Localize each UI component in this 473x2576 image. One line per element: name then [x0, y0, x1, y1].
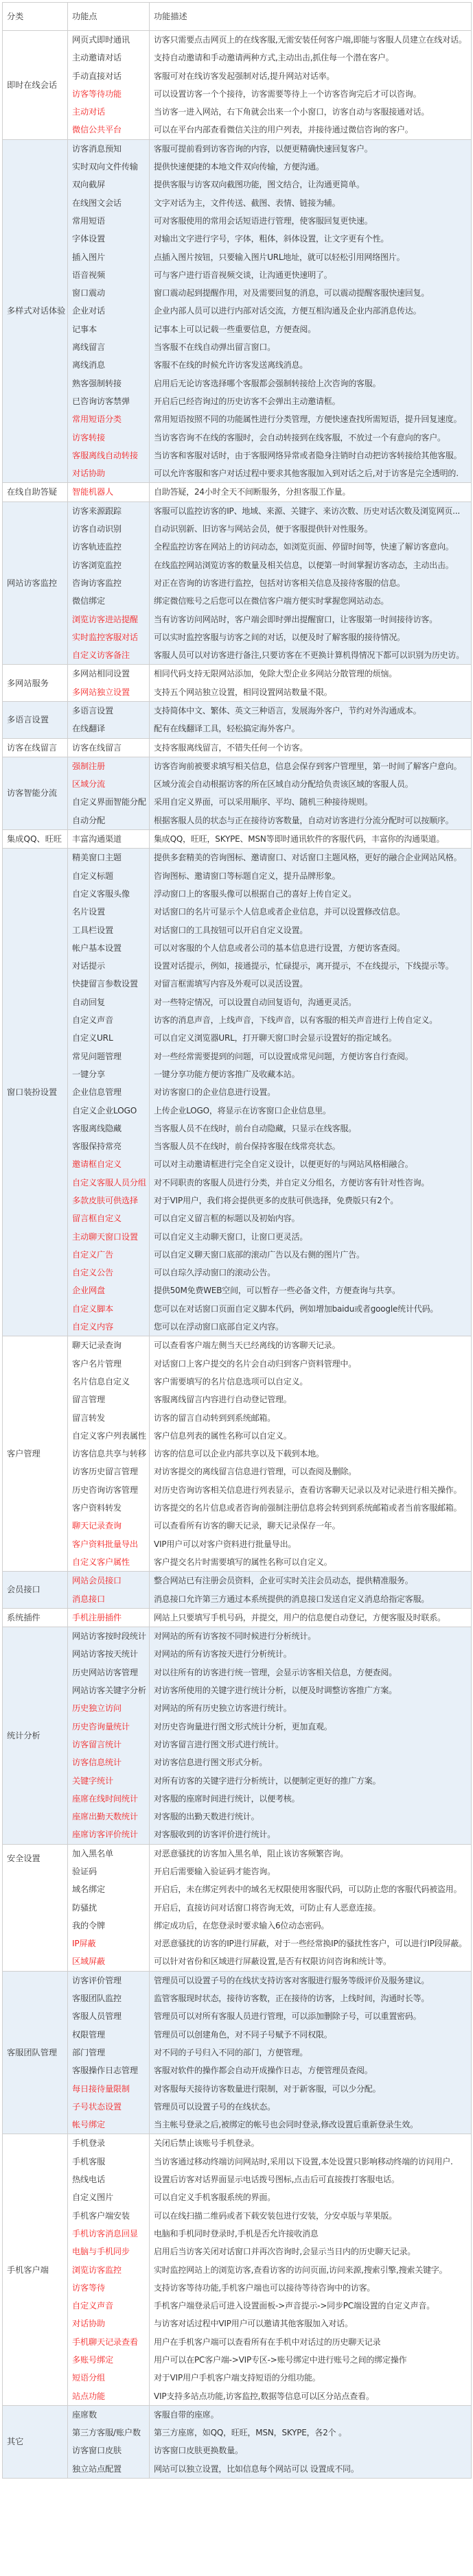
- table-row: 在线自助答疑智能机器人自助答疑，24小时全天不间断服务，分担客服工作量。: [3, 483, 472, 501]
- feature-name: 手机客服: [72, 2153, 149, 2171]
- feature-name: 区域屏蔽: [72, 1952, 149, 1970]
- category-cell: 访客在线留言: [3, 738, 68, 757]
- feature-description: 集成QQ，旺旺，SKYPE、MSN等即时通讯软件的客服代码，丰富你的沟通渠道。: [154, 830, 471, 848]
- feature-name: 名片设置: [72, 903, 149, 921]
- feature-description: 支持自动邀请和手动邀请两种方式,主动出击,抓住每一个潜在客户。: [154, 49, 471, 67]
- feature-cell: 多语言设置在线翻译: [68, 701, 150, 738]
- feature-description: 当有访客访问网站时，客户端会即时弹出提醒窗口，让客服第一时间接待访客。: [154, 611, 471, 628]
- feature-description: 对网站的所有访客按不同时候进行分析统计。: [154, 1627, 471, 1645]
- feature-cell: 访客在线留言: [68, 738, 150, 757]
- feature-name: 常用短语: [72, 212, 149, 230]
- feature-description: 客服对软件的操作都会自动开成操作日志，方便管理员查阅。: [154, 2061, 471, 2079]
- feature-description: 可以实时监控客服与访客之间的对话，以便及时了解客服的接待情况。: [154, 628, 471, 646]
- feature-description: 用户可以在PC客户端->VIP专区->账号绑定中进行账号之间的绑定操作: [154, 2351, 471, 2369]
- feature-cell: 网站访客按时段统计网站访客按天统计历史网站访客管理网站访客关键字分析历史独立访问…: [68, 1627, 150, 1845]
- feature-description: 消息接口允许第三方通过本系统提供的消息接口发送自定义消息给指定客服。: [154, 1590, 471, 1608]
- feature-description: 与访客对话过程中VIP用户可以邀请其他客服加入对话。: [154, 2315, 471, 2332]
- feature-name: 帐户基本设置: [72, 939, 149, 957]
- page: 分类 功能点 功能描述 即时在线会话网页式即时通讯主动邀请对话手动直接对话访客等…: [0, 0, 473, 2481]
- feature-name: 手机访客消息回显: [72, 2225, 149, 2243]
- feature-name: 验证码: [72, 1863, 149, 1880]
- feature-description: 提供客服与访客双向截图功能，图文结合，让沟通更简单。: [154, 176, 471, 193]
- category-cell: 在线自助答疑: [3, 483, 68, 501]
- feature-description: 开启后已经咨询过的历史访客不会弹出主动邀请框。: [154, 392, 471, 410]
- feature-description: 网站上只要填写手机号码，并提交，用户的信息便自动登记，方便客服及时联系。: [154, 1609, 471, 1627]
- feature-description: 客服可以监控访客的IP、地域、来源、关键字、来访次数、历史对话次数及浏览网页..…: [154, 502, 471, 520]
- feature-name: 实时双向文件传输: [72, 158, 149, 176]
- feature-name: 网页式即时通讯: [72, 31, 149, 49]
- feature-description: 可对客服使用的常用会话短语进行管理，使客服回复更快速。: [154, 212, 471, 230]
- feature-description: 客服自带的座席。: [154, 2406, 471, 2424]
- feature-description: 启用后当访客关闭对话窗口并再次咨询时,会显示当日内的历史聊天记录。: [154, 2243, 471, 2260]
- feature-description: 可以自定义手机客服系统的界面。: [154, 2188, 471, 2206]
- feature-description: 监管客服现时状态，接待访客数，正在接待的访客，上线时间，沟通时长等。: [154, 1989, 471, 2007]
- table-row: 系统插件手机注册插件网站上只要填写手机号码，并提交，用户的信息便自动登记，方便客…: [3, 1608, 472, 1627]
- feature-description: 文字对话为主，文件传送、截图、表情、链接为辅。: [154, 194, 471, 212]
- feature-name: 自定义声音: [72, 1011, 149, 1029]
- category-cell: 即时在线会话: [3, 31, 68, 140]
- feature-cell: 座席数第三方客服/账户数访客窗口皮肤独立站点配置: [68, 2405, 150, 2478]
- feature-name: 座席数: [72, 2406, 149, 2424]
- feature-name: 浏览访客进站提醒: [72, 611, 149, 628]
- feature-name: 自定义脚本: [72, 1300, 149, 1318]
- feature-name: 自定义标题: [72, 867, 149, 885]
- feature-name: 客户资料批量导出: [72, 1535, 149, 1553]
- feature-name: 主动聊天窗口设置: [72, 1228, 149, 1246]
- table-body: 即时在线会话网页式即时通讯主动邀请对话手动直接对话访客等待功能主动对话微信公共平…: [3, 31, 472, 2479]
- feature-description: 对客服的座席时间进行统计，以便考核。: [154, 1790, 471, 1808]
- feature-description: 对访客留言进行图文形式进行统计。: [154, 1736, 471, 1753]
- feature-name: 子号状态设置: [72, 2098, 149, 2116]
- feature-description: 开启后，未在绑定列表中的域名无权限使用客服代码，可以防止您的客服代码被盗用。: [154, 1880, 471, 1898]
- feature-name: 历史咨询量统计: [72, 1718, 149, 1736]
- feature-name: 手机聊天记录查看: [72, 2333, 149, 2351]
- feature-name: 网站访客关键字分析: [72, 1681, 149, 1699]
- feature-name: 部门管理: [72, 2044, 149, 2061]
- feature-description: 网站可以独立设置，比如信息每个网站可以 设置成不同。: [154, 2460, 471, 2478]
- feature-name: 离线留言: [72, 338, 149, 356]
- feature-name: 加入黑名单: [72, 1845, 149, 1863]
- feature-description: 客服人员可以对访客进行备注,只要访客在不更换计算机得情况下都可以识别为历史访。: [154, 646, 471, 664]
- feature-cell: 访客消息预知实时双向文件传输双向截屏在线图文会话常用短语字体设置插入图片语音视频…: [68, 139, 150, 483]
- description-cell: 客服可提前看到访客咨询的内容，以便更精确快速回复客户。提供快速便捷的本地文件双向…: [150, 139, 472, 483]
- feature-name: 语音视频: [72, 266, 149, 284]
- feature-description: 常用短语按照不同的功能属性进行分类管理，方便快速查找所需短语，提升回复速度。: [154, 410, 471, 428]
- feature-description: 访客的消息声音，上线声音，下线声音，以有客服的相关声音进行上传自定义。: [154, 1011, 471, 1029]
- feature-name: 企业对话: [72, 302, 149, 320]
- category-cell: 其它: [3, 2405, 68, 2478]
- feature-cell: 网站会员接口消息接口: [68, 1572, 150, 1609]
- feature-name: 记事本: [72, 320, 149, 338]
- feature-description: 可以查看客户端左侧当天已经离线的访客聊天记录。: [154, 1336, 471, 1354]
- feature-name: 访客在线留言: [72, 739, 149, 757]
- feature-name: 访客历史留言管理: [72, 1463, 149, 1480]
- feature-name: 访客转接: [72, 429, 149, 447]
- feature-description: 对话窗口的工具按钮可以开启自定义设置。: [154, 921, 471, 939]
- feature-cell: 加入黑名单验证码域名绑定防骚扰我的令牌IP屏蔽区域屏蔽: [68, 1844, 150, 1971]
- feature-name: 浏览访客监控: [72, 2261, 149, 2279]
- feature-description: 对不同的子号归入不同的部门，方便管理。: [154, 2044, 471, 2061]
- description-cell: 相同代码支持无限网站添加，免除大型企业多网站分散管理的烦恼。支持五个网站独立设置…: [150, 665, 472, 702]
- feature-name: 区域分流: [72, 775, 149, 793]
- feature-cell: 强制注册区域分流自定义界面智能分配自动分配: [68, 757, 150, 829]
- feature-description: 当访客一进入网站，右下角就会出来一个小窗口，访客自动与客服接通对话。: [154, 103, 471, 121]
- description-cell: 集成QQ，旺旺，SKYPE、MSN等即时通讯软件的客服代码，丰富你的沟通渠道。: [150, 830, 472, 849]
- table-row: 即时在线会话网页式即时通讯主动邀请对话手动直接对话访客等待功能主动对话微信公共平…: [3, 31, 472, 140]
- feature-name: 客服操作日志管理: [72, 2061, 149, 2079]
- feature-description: 设置对话提示，例如，接通提示，忙碌提示，离开提示，不在线提示，下线提示等。: [154, 957, 471, 975]
- feature-name: 插入图片: [72, 248, 149, 266]
- feature-name: 自动回复: [72, 993, 149, 1011]
- feature-name: 字体设置: [72, 230, 149, 248]
- feature-description: 访客的留言自动转到到系统邮箱。: [154, 1409, 471, 1427]
- feature-name: 我的令牌: [72, 1917, 149, 1935]
- feature-description: 对历史咨询访客相关信息进行列表显示，查看访客聊天记录以及对记录进行相关操作。: [154, 1481, 471, 1499]
- feature-name: 留言框自定义: [72, 1209, 149, 1227]
- category-cell: 系统插件: [3, 1608, 68, 1627]
- feature-description: 绑定成功后，在您登录时要求输入6位动态密码。: [154, 1917, 471, 1935]
- feature-name: 常见问题管理: [72, 1048, 149, 1065]
- feature-cell: 手机登录手机客服热线电话自定义图片手机客户端安装手机访客消息回显电脑与手机同步浏…: [68, 2134, 150, 2405]
- feature-description: 可以自定义聊天窗口底部的滚动广告以及右侧的图片广告。: [154, 1246, 471, 1264]
- feature-description: 对话窗口的名片可显示个人信息或者企业信息，并可以设置修改信息。: [154, 903, 471, 921]
- feature-cell: 精美窗口主题自定义标题自定义客服头像名片设置工具栏设置帐户基本设置对话提示快捷留…: [68, 849, 150, 1336]
- feature-description: 对留言框需填写内容及外观可以灵活设置。: [154, 975, 471, 993]
- feature-name: 第三方客服/账户数: [72, 2424, 149, 2442]
- table-row: 多网站服务多网站相同设置多网站独立设置相同代码支持无限网站添加，免除大型企业多网…: [3, 665, 472, 702]
- feature-description: 整合网站已有注册会员资料，企业可实时关注会员动态，提供精准服务。: [154, 1572, 471, 1590]
- feature-description: 设置后访客对话界面显示电话拨号图标,点击后可直接拨打客服电话。: [154, 2171, 471, 2188]
- feature-description: 自助答疑，24小时全天不间断服务，分担客服工作量。: [154, 483, 471, 501]
- feature-name: 聊天记录查询: [72, 1336, 149, 1354]
- feature-name: 客服离线隐藏: [72, 1120, 149, 1137]
- feature-name: 访客等待功能: [72, 85, 149, 103]
- feature-name: 访客等待: [72, 2279, 149, 2297]
- category-cell: 多网站服务: [3, 665, 68, 702]
- feature-name: 客户名片管理: [72, 1355, 149, 1373]
- feature-name: 自定义公告: [72, 1264, 149, 1281]
- description-cell: 客服可以监控访客的IP、地域、来源、关键字、来访次数、历史对话次数及浏览网页..…: [150, 501, 472, 665]
- feature-name: 名片信息自定义: [72, 1373, 149, 1391]
- header-category: 分类: [3, 3, 68, 31]
- feature-description: 当主帐号登录之后,被绑定的帐号也会同时登录,修改设置后重新登录生效。: [154, 2116, 471, 2134]
- feature-description: 访客窗口皮肤更换数量。: [154, 2442, 471, 2459]
- feature-description: 客服可对在线访客发起强制对话,提升网站对话率。: [154, 67, 471, 85]
- feature-name: 多语言设置: [72, 702, 149, 720]
- feature-name: 多款皮肤可供选择: [72, 1192, 149, 1209]
- feature-name: 对话提示: [72, 957, 149, 975]
- feature-description: 对所有访客的关键字进行分析统计，以便制定更好的推广方案。: [154, 1772, 471, 1790]
- feature-name: 手机登录: [72, 2134, 149, 2152]
- feature-name: 留言管理: [72, 1391, 149, 1408]
- feature-description: 可以自定义浏览器URL，打开聊天窗口时会显示设置好的指定域名。: [154, 1029, 471, 1047]
- feature-name: 帐号绑定: [72, 2116, 149, 2134]
- feature-description: 可以对客服的个人信息或者公司的基本信息进行设置，方便访客查阅。: [154, 939, 471, 957]
- table-header-row: 分类 功能点 功能描述: [3, 3, 472, 31]
- feature-description: 全程监控访客在网站上的访问动态，如浏览页面、停留时间等，快速了解访客意向。: [154, 538, 471, 556]
- feature-description: 第三方座席，如QQ，旺旺，MSN，SKYPE，各2个 。: [154, 2424, 471, 2442]
- feature-description: 对访客提交的离线留言信息进行管理，可以查阅及删除。: [154, 1463, 471, 1480]
- description-cell: 管理员可以设置子号的在线状支持访客对客服进行服务等级评价及服务建议。监管客服现时…: [150, 1971, 472, 2134]
- feature-name: 强制注册: [72, 757, 149, 775]
- table-row: 网站访客监控访客来源跟踪访客自动识别访客轨迹监控访客浏览监控咨询访客监控微信绑定…: [3, 501, 472, 665]
- category-cell: 窗口装扮设置: [3, 849, 68, 1336]
- feature-description: 可以自定义留言框的标题以及初始内容。: [154, 1209, 471, 1227]
- feature-name: 咨询访客监控: [72, 574, 149, 592]
- feature-name: 微信绑定: [72, 592, 149, 610]
- feature-description: 提供多套精美的咨询图标、邀请窗口、对话窗口主题风格，更好的融合企业网站风格。: [154, 849, 471, 866]
- table-row: 统计分析网站访客按时段统计网站访客按天统计历史网站访客管理网站访客关键字分析历史…: [3, 1627, 472, 1845]
- feature-table: 分类 功能点 功能描述 即时在线会话网页式即时通讯主动邀请对话手动直接对话访客等…: [2, 2, 472, 2479]
- feature-name: 消息接口: [72, 1590, 149, 1608]
- table-row: 集成QQ、旺旺丰富沟通渠道集成QQ，旺旺，SKYPE、MSN等即时通讯软件的客服…: [3, 830, 472, 849]
- feature-name: 客服保持常亮: [72, 1137, 149, 1155]
- feature-name: 双向截屏: [72, 176, 149, 193]
- feature-name: 访客信息统计: [72, 1753, 149, 1771]
- feature-name: 自定义内容: [72, 1318, 149, 1336]
- feature-description: 访客只需要点击网页上的在线客服,无需安装任何客户端,即能与客服人员建立在线对话。: [154, 31, 471, 49]
- description-cell: 自助答疑，24小时全天不间断服务，分担客服工作量。: [150, 483, 472, 501]
- feature-description: 实时监控网站上的浏览访客,查看访客的访问页面,访问来源,搜索引擎,搜索关键字。: [154, 2261, 471, 2279]
- feature-description: 管理员可以对所有客服人员进行管理，可以添加删除子号，可以重置密码。: [154, 2007, 471, 2025]
- feature-description: 电脑和手机同时登录时,手机是否允许接收消息: [154, 2225, 471, 2243]
- feature-description: 您可以在对话窗口页面自定义脚本代码，例如增加baidu或者google统计代码。: [154, 1300, 471, 1318]
- feature-description: 对恶意骚扰的访客加入黑名单，阻止该访客频繁咨询。: [154, 1845, 471, 1863]
- feature-description: 开启后，直接访问对话窗口将咨询无效，可防止有人恶意连接。: [154, 1899, 471, 1917]
- feature-description: 窗口震动起到提醒作用，对及需要回复的消息，可以震动提醒客服快速回复。: [154, 284, 471, 302]
- feature-name: 座席访客评价统计: [72, 1825, 149, 1843]
- category-cell: 多语言设置: [3, 701, 68, 738]
- feature-description: 当客服人员不在线时，前台保持客服在线常亮状态。: [154, 1137, 471, 1155]
- feature-description: 客户需要填写的名片信息选项可以自定义。: [154, 1373, 471, 1391]
- feature-name: 访客自动识别: [72, 520, 149, 538]
- feature-description: 咨询图标、邀请窗口等标题自定义，提升品牌形象。: [154, 867, 471, 885]
- description-cell: 支持客服离线留言，不错失任何一个访客。: [150, 738, 472, 757]
- feature-name: 留言转发: [72, 1409, 149, 1427]
- feature-name: 自定义客户列表属性: [72, 1427, 149, 1445]
- category-cell: 会员接口: [3, 1572, 68, 1609]
- table-row: 窗口装扮设置精美窗口主题自定义标题自定义客服头像名片设置工具栏设置帐户基本设置对…: [3, 849, 472, 1336]
- feature-description: VIP用户可以对客户资料进行批量导出。: [154, 1535, 471, 1553]
- feature-name: 域名绑定: [72, 1880, 149, 1898]
- feature-cell: 智能机器人: [68, 483, 150, 501]
- feature-description: 可以自定义主动聊天窗口，让窗口更灵活。: [154, 1228, 471, 1246]
- table-row: 客户管理聊天记录查询客户名片管理名片信息自定义留言管理留言转发自定义客户列表属性…: [3, 1336, 472, 1572]
- feature-description: 手机客户端登录后可进入设置面板->声音提示->同步PC端设置的自定义声音。: [154, 2297, 471, 2315]
- feature-name: 主动邀请对话: [72, 49, 149, 67]
- feature-description: 可以自琮久浮动窗口的滚动公告。: [154, 1264, 471, 1281]
- feature-description: VIP支持多站点功能,访客监控,数据等信息可以区分站点查看。: [154, 2387, 471, 2405]
- feature-name: 权限管理: [72, 2026, 149, 2044]
- description-cell: 关闭后禁止该账号手机登录。当访客通过移动终端访问网站时,采用以下设置,本处设置只…: [150, 2134, 472, 2405]
- feature-name: 客服离线自动转接: [72, 447, 149, 464]
- feature-description: 管理员可以设置子号的在线状态。: [154, 2098, 471, 2116]
- feature-name: 实时监控客服对话: [72, 628, 149, 646]
- feature-name: 熟客强制转接: [72, 375, 149, 392]
- feature-description: 点插入图片按钮，只要输入图片URL地址，就可以轻松引用网络图片。: [154, 248, 471, 266]
- feature-cell: 聊天记录查询客户名片管理名片信息自定义留言管理留言转发自定义客户列表属性访客信息…: [68, 1336, 150, 1572]
- feature-description: 管理员可以创建角色，对不同子号赋予不同权限。: [154, 2026, 471, 2044]
- feature-name: 网站访客按天统计: [72, 1645, 149, 1663]
- feature-description: 访客提交的名片信息或者咨询前强制注册信息将会转到到系统邮箱或者当前客服邮箱。: [154, 1499, 471, 1517]
- feature-name: 访客信息共享与转移: [72, 1445, 149, 1463]
- feature-cell: 手机注册插件: [68, 1608, 150, 1627]
- feature-description: 可以允许客服和客户对话过程中要求其他客服加入到对话之后,对于访客是完全透明的.: [154, 464, 471, 482]
- category-cell: 统计分析: [3, 1627, 68, 1845]
- category-cell: 集成QQ、旺旺: [3, 830, 68, 849]
- feature-description: 区域分流会自动根据访客的所在区域自动分配给负责该区域的客服人员。: [154, 775, 471, 793]
- feature-description: 当客服不在线自动弹出留言窗口。: [154, 338, 471, 356]
- description-cell: 网站上只要填写手机号码，并提交，用户的信息便自动登记，方便客服及时联系。: [150, 1608, 472, 1627]
- feature-description: 对话窗口上客户提交的名片会自动归到客户资料管理中。: [154, 1355, 471, 1373]
- feature-cell: 多网站相同设置多网站独立设置: [68, 665, 150, 702]
- feature-name: 智能机器人: [72, 483, 149, 501]
- table-row: 安全设置加入黑名单验证码域名绑定防骚扰我的令牌IP屏蔽区域屏蔽对恶意骚扰的访客加…: [3, 1844, 472, 1971]
- feature-name: 一键分享: [72, 1065, 149, 1083]
- table-row: 访客在线留言访客在线留言支持客服离线留言，不错失任何一个访客。: [3, 738, 472, 757]
- feature-name: 邀请框自定义: [72, 1155, 149, 1173]
- feature-name: 自动分配: [72, 812, 149, 829]
- feature-description: 提供快速便捷的本地文件双向传输，方便沟通。: [154, 158, 471, 176]
- description-cell: 访客只需要点击网页上的在线客服,无需安装任何客户端,即能与客服人员建立在线对话。…: [150, 31, 472, 140]
- description-cell: 整合网站已有注册会员资料，企业可实时关注会员动态，提供精准服务。消息接口允许第三…: [150, 1572, 472, 1609]
- feature-name: 自定义声音: [72, 2297, 149, 2315]
- description-cell: 提供多套精美的咨询图标、邀请窗口、对话窗口主题风格，更好的融合企业网站风格。咨询…: [150, 849, 472, 1336]
- feature-name: 手动直接对话: [72, 67, 149, 85]
- feature-name: 快捷留言参数设置: [72, 975, 149, 993]
- feature-description: 对恶意骚扰的访客的IP进行屏蔽，对于一些经常换IP的骚扰性客户，可以进行IP段屏…: [154, 1935, 471, 1952]
- feature-name: 主动对话: [72, 103, 149, 121]
- header-feature: 功能点: [68, 3, 150, 31]
- feature-description: 可以查看所有访客的聊天记录，聊天记录保存一年。: [154, 1517, 471, 1535]
- feature-name: 手机客户端安装: [72, 2207, 149, 2225]
- feature-name: 自定义企业LOGO: [72, 1102, 149, 1120]
- feature-description: 启用后无论访客选择哪个客服都会强制转接给上次咨询的客服。: [154, 375, 471, 392]
- category-cell: 手机客户端: [3, 2134, 68, 2405]
- feature-description: 自动识别新、旧访客与网站会员，便于客服提供针对性服务。: [154, 520, 471, 538]
- feature-name: 短语分组: [72, 2369, 149, 2387]
- feature-name: 电脑与手机同步: [72, 2243, 149, 2260]
- feature-description: 客户提交名片时需要填写的属性名称可以自定义。: [154, 1553, 471, 1571]
- feature-description: 记事本上可以记载一些重要信息，方便查阅。: [154, 320, 471, 338]
- feature-description: 支持客服离线留言，不错失任何一个访客。: [154, 739, 471, 757]
- feature-name: 历史独立访问: [72, 1699, 149, 1717]
- feature-name: 访客来源跟踪: [72, 502, 149, 520]
- feature-name: 工具栏设置: [72, 921, 149, 939]
- feature-name: 企业信息管理: [72, 1083, 149, 1101]
- feature-name: 站点功能: [72, 2387, 149, 2405]
- category-cell: 客户管理: [3, 1336, 68, 1572]
- feature-description: 对网站的所有访客按天进行分析统计。: [154, 1645, 471, 1663]
- feature-description: 对一些经常需要提到的问题，可以设置成常见问题，方便访客自行查阅。: [154, 1048, 471, 1065]
- header-description: 功能描述: [150, 3, 472, 31]
- feature-name: 客服团队监控: [72, 1989, 149, 2007]
- feature-description: 用户在手机客户端可以查看所有在手机中对话过的历史聊天记录: [154, 2333, 471, 2351]
- feature-name: 微信公共平台: [72, 121, 149, 139]
- feature-description: 采用自定义界面，可以采用顺序、平均、随机三种接待规则。: [154, 793, 471, 811]
- feature-cell: 访客来源跟踪访客自动识别访客轨迹监控访客浏览监控咨询访客监控微信绑定浏览访客进站…: [68, 501, 150, 665]
- feature-cell: 访客评价管理客服团队监控客服人员管理权限管理部门管理客服操作日志管理每日接待量限…: [68, 1971, 150, 2134]
- table-row: 其它座席数第三方客服/账户数访客窗口皮肤独立站点配置客服自带的座席。第三方座席，…: [3, 2405, 472, 2478]
- feature-description: 在线监控网站浏览访客的数量及相关信息，以便第一时间掌握访客动态，主动出击。: [154, 556, 471, 574]
- feature-description: 对不同职责的客服人员进行分类，并自定义分组名，方便访客有针对性咨询。: [154, 1174, 471, 1192]
- feature-name: 访客消息预知: [72, 140, 149, 158]
- feature-description: 可以对主动邀请框进行完全自定义设计，以便更好的与网站风格相融合。: [154, 1155, 471, 1173]
- feature-description: 可以在平台内部查看微信关注的用户列表，并接待通过微信咨询的客户。: [154, 121, 471, 139]
- description-cell: 可以查看客户端左侧当天已经离线的访客聊天记录。对话窗口上客户提交的名片会自动归到…: [150, 1336, 472, 1572]
- feature-description: 当访客咨询不在线的客服时，会自动转接到在线客服，不放过一个有意向的客户。: [154, 429, 471, 447]
- feature-description: 访客的信息可以企业内部共享以及下载到本地。: [154, 1445, 471, 1463]
- feature-description: 绑定微信账号之后您可以在微信客户端方便实时掌握您网站动态。: [154, 592, 471, 610]
- feature-description: 支持简体中文、繁体、英文三种语言，发展海外客户，节约对外沟通成本。: [154, 702, 471, 720]
- feature-name: 对话协助: [72, 2315, 149, 2332]
- feature-name: 热线电话: [72, 2171, 149, 2188]
- table-row: 客服团队管理访客评价管理客服团队监控客服人员管理权限管理部门管理客服操作日志管理…: [3, 1971, 472, 2134]
- feature-description: 上传企业LOGO，将显示在访客窗口企业信息里。: [154, 1102, 471, 1120]
- feature-name: 聊天记录查询: [72, 1517, 149, 1535]
- feature-name: 自定义广告: [72, 1246, 149, 1264]
- feature-name: 离线消息: [72, 356, 149, 374]
- feature-cell: 网页式即时通讯主动邀请对话手动直接对话访客等待功能主动对话微信公共平台: [68, 31, 150, 140]
- feature-description: 对客服的出勤天数进行统计。: [154, 1808, 471, 1825]
- feature-description: 可以设置访客一个个接待，访客需要等待上一个访客咨询完后才可以咨询。: [154, 85, 471, 103]
- category-cell: 访客智能分流: [3, 757, 68, 829]
- feature-description: 可与客户进行语音视频交谈，让沟通更快速明了。: [154, 266, 471, 284]
- description-cell: 对恶意骚扰的访客加入黑名单，阻止该访客频繁咨询。开启后需要输入验证码才能咨询。开…: [150, 1844, 472, 1971]
- feature-name: 窗口震动: [72, 284, 149, 302]
- feature-description: 管理员可以设置子号的在线状支持访客对客服进行服务等级评价及服务建议。: [154, 1972, 471, 1989]
- feature-name: 自定义客户属性: [72, 1553, 149, 1571]
- description-cell: 访客咨询前被要求填写相关信息，信息会保存到客户管理里，第一时间了解客户意向。区域…: [150, 757, 472, 829]
- feature-description: 关闭后禁止该账号手机登录。: [154, 2134, 471, 2152]
- feature-description: 一键分享功能方便访客推广及收藏本站。: [154, 1065, 471, 1083]
- feature-description: 客服离线留言内容进行自动登记管理。: [154, 1391, 471, 1408]
- feature-name: 座席出勤天数统计: [72, 1808, 149, 1825]
- feature-name: 独立站点配置: [72, 2460, 149, 2478]
- feature-name: 多网站相同设置: [72, 665, 149, 683]
- feature-name: 自定义URL: [72, 1029, 149, 1047]
- feature-description: 可以针对省份和区域进行屏蔽设置,是否有权限访问咨询和统计等。: [154, 1952, 471, 1970]
- feature-description: 对访客信息进行图文形式分析。: [154, 1753, 471, 1771]
- feature-name: 多账号绑定: [72, 2351, 149, 2369]
- feature-name: 企业网盘: [72, 1281, 149, 1299]
- feature-description: 提供50M免费WEB空间，可以暂存一些必备文件，方便查询与共享。: [154, 1281, 471, 1299]
- feature-description: 客服可提前看到访客咨询的内容，以便更精确快速回复客户。: [154, 140, 471, 158]
- feature-name: 精美窗口主题: [72, 849, 149, 866]
- feature-name: 客户资料转发: [72, 1499, 149, 1517]
- feature-name: IP屏蔽: [72, 1935, 149, 1952]
- category-cell: 网站访客监控: [3, 501, 68, 665]
- feature-description: 对访客所使用的关键字进行统计分析，以便及时调整访客推广方案。: [154, 1681, 471, 1699]
- table-row: 多样式对话体验访客消息预知实时双向文件传输双向截屏在线图文会话常用短语字体设置插…: [3, 139, 472, 483]
- feature-description: 支持访客等待功能,手机客户端也可以接待等待咨询中的访客。: [154, 2279, 471, 2297]
- feature-name: 自定义客服头像: [72, 885, 149, 903]
- category-cell: 客服团队管理: [3, 1971, 68, 2134]
- feature-name: 访客轨迹监控: [72, 538, 149, 556]
- feature-description: 访客咨询前被要求填写相关信息，信息会保存到客户管理里，第一时间了解客户意向。: [154, 757, 471, 775]
- feature-description: 可以在线扫描二维码或者下载安装包进行安装，分安卓版与苹果版。: [154, 2207, 471, 2225]
- category-cell: 安全设置: [3, 1844, 68, 1971]
- feature-name: 常用短语分类: [72, 410, 149, 428]
- feature-description: 当访客和客服对话时，由于客服网络异常或者隐身注销时自动把访客转接给其他客服。: [154, 447, 471, 464]
- description-cell: 支持简体中文、繁体、英文三种语言，发展海外客户，节约对外沟通成本。配有在线翻译工…: [150, 701, 472, 738]
- feature-description: 对客服每天接待访客数量进行限制，对于新客服，可以少分配。: [154, 2080, 471, 2098]
- feature-name: 关键字统计: [72, 1772, 149, 1790]
- feature-name: 网站会员接口: [72, 1572, 149, 1590]
- feature-description: 您可以在浮动窗口底部自定义内容。: [154, 1318, 471, 1336]
- feature-name: 访客窗口皮肤: [72, 2442, 149, 2459]
- feature-name: 丰富沟通渠道: [72, 830, 149, 848]
